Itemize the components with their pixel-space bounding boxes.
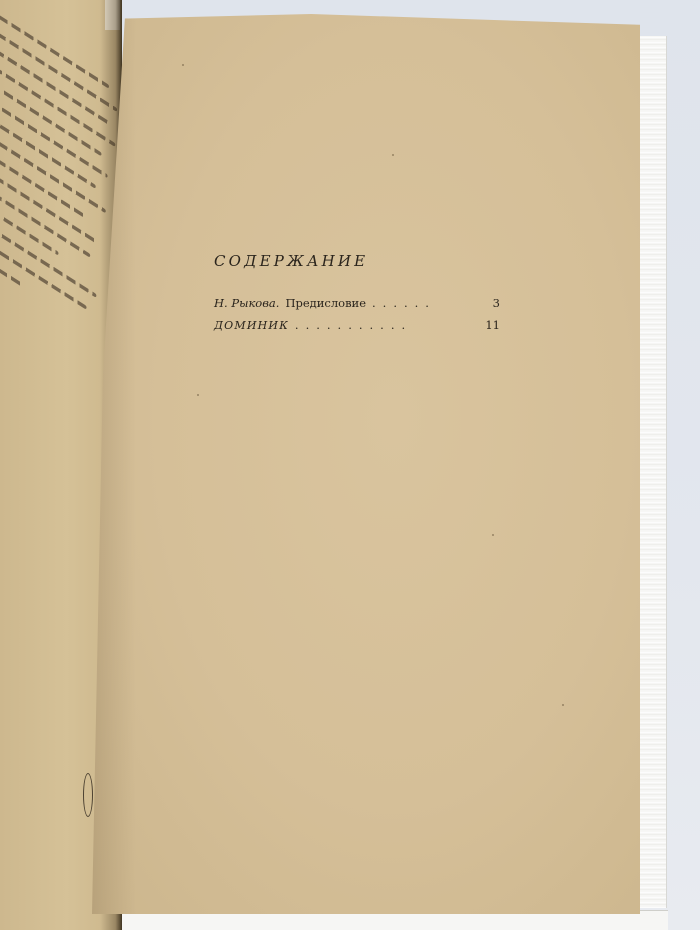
toc-title: СОДЕРЖАНИЕ — [214, 252, 500, 270]
toc-entry: Н. Рыкова. Предисловие ...... 3 — [214, 296, 500, 310]
toc-leader-dots: ...... — [372, 296, 480, 310]
staple-icon — [83, 773, 93, 817]
table-of-contents: СОДЕРЖАНИЕ Н. Рыкова. Предисловие ......… — [214, 252, 500, 340]
toc-page-number: 3 — [486, 296, 500, 310]
toc-entry-title: Предисловие — [285, 296, 366, 310]
toc-entry-title: ДОМИНИК — [214, 319, 289, 332]
toc-page-number: 11 — [485, 318, 500, 332]
contents-page — [92, 14, 640, 914]
toc-entry: ДОМИНИК ........... 11 — [214, 318, 500, 332]
toc-leader-dots: ........... — [295, 318, 479, 332]
toc-entry-author: Н. Рыкова. — [214, 296, 279, 310]
